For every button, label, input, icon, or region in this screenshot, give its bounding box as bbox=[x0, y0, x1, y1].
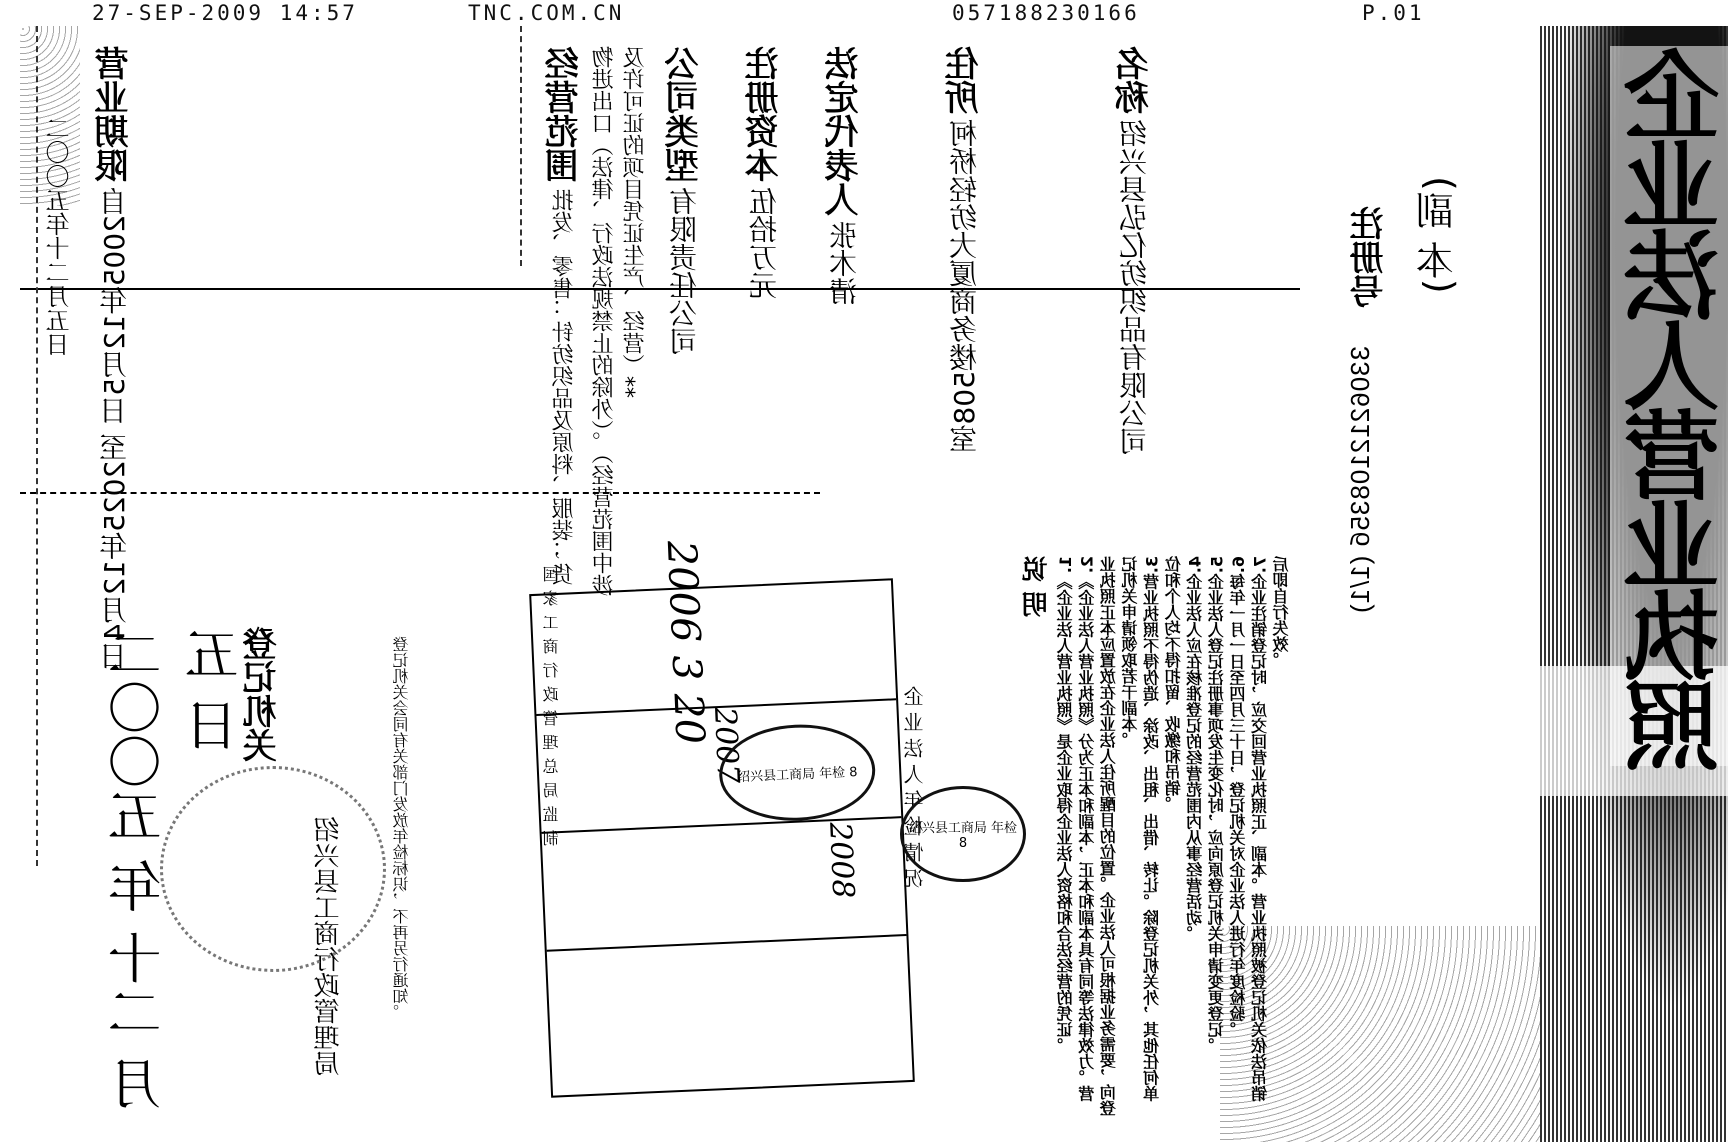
issue-date: 二〇〇五 年 十二 月 五 日 bbox=[100, 626, 254, 1142]
registration-label: 注册号 bbox=[1345, 206, 1394, 308]
footer-note: 登记机关会同有关部门发放年检标识，不再另行通知。 bbox=[390, 636, 413, 1020]
note-item: 2.《企业法人营业执照》分为正本和副本，正本和副本具有同等法律效力。营业执照正本… bbox=[1077, 556, 1142, 1116]
field-name: 名称 绍兴县弘亿纺织品有限公司 bbox=[1110, 46, 1159, 455]
copy-label: (副 本) bbox=[1410, 176, 1465, 294]
divider-mid bbox=[20, 492, 820, 494]
fax-number: 057188230166 bbox=[952, 1, 1140, 25]
license-title: 企业法人营业执照 bbox=[1610, 46, 1728, 766]
field-business-scope: 经营范围 批发、零售：针纺织品及原料、服装；货物进出口（法律、行政法规禁止的除外… bbox=[540, 46, 651, 606]
field-capital: 注册资本 伍拾万元 bbox=[740, 46, 789, 299]
field-term: 营业期限 自2005年12月5日 至2025年12月4日 bbox=[90, 46, 139, 669]
license-page: 企业法人营业执照 (副 本) 注册号 330621210835б (1/1) 名… bbox=[20, 26, 1728, 1142]
field-address: 住所 柯桥轻纺大厦商务楼508室 bbox=[940, 46, 989, 453]
fax-header: 27-SEP-2009 14:57 TNC.COM.CN 05718823016… bbox=[0, 0, 1728, 26]
inspection-stamp-2008: 绍兴县工商局 年检 8 bbox=[900, 786, 1026, 882]
fax-page: P.01 bbox=[1362, 1, 1425, 25]
field-company-type: 公司类型 有限责任公司 bbox=[660, 46, 709, 355]
fax-sender: TNC.COM.CN bbox=[468, 1, 624, 25]
watermark-text: 国家工商行政管理总局监制 bbox=[540, 566, 563, 854]
registration-number: 330621210835б (1/1) bbox=[1345, 346, 1376, 614]
inner-border bbox=[520, 26, 522, 266]
annual-inspection-table: 2006 3 20 2007 绍兴县工商局 年检 8 2008 bbox=[529, 578, 915, 1097]
note-item: 3.营业执照不得伪造、涂改、出租、出借、转让。除登记机关外，其他任何单位和个人均… bbox=[1141, 556, 1184, 1116]
inspection-2006: 2006 3 20 bbox=[658, 540, 713, 745]
fax-noise bbox=[1220, 926, 1540, 1142]
fax-datetime: 27-SEP-2009 14:57 bbox=[92, 1, 358, 25]
fax-noise bbox=[20, 26, 80, 206]
note-item: 1.《企业法人营业执照》是企业取得企业法人资格和合法经营的凭证。 bbox=[1055, 556, 1077, 1116]
field-legal-rep: 法定代表人 张木清 bbox=[820, 46, 869, 305]
note-item: 4.企业法人应在核准登记的经营范围内从事经营活动。 bbox=[1185, 556, 1207, 1116]
inspection-2008: 2008 bbox=[822, 821, 860, 899]
